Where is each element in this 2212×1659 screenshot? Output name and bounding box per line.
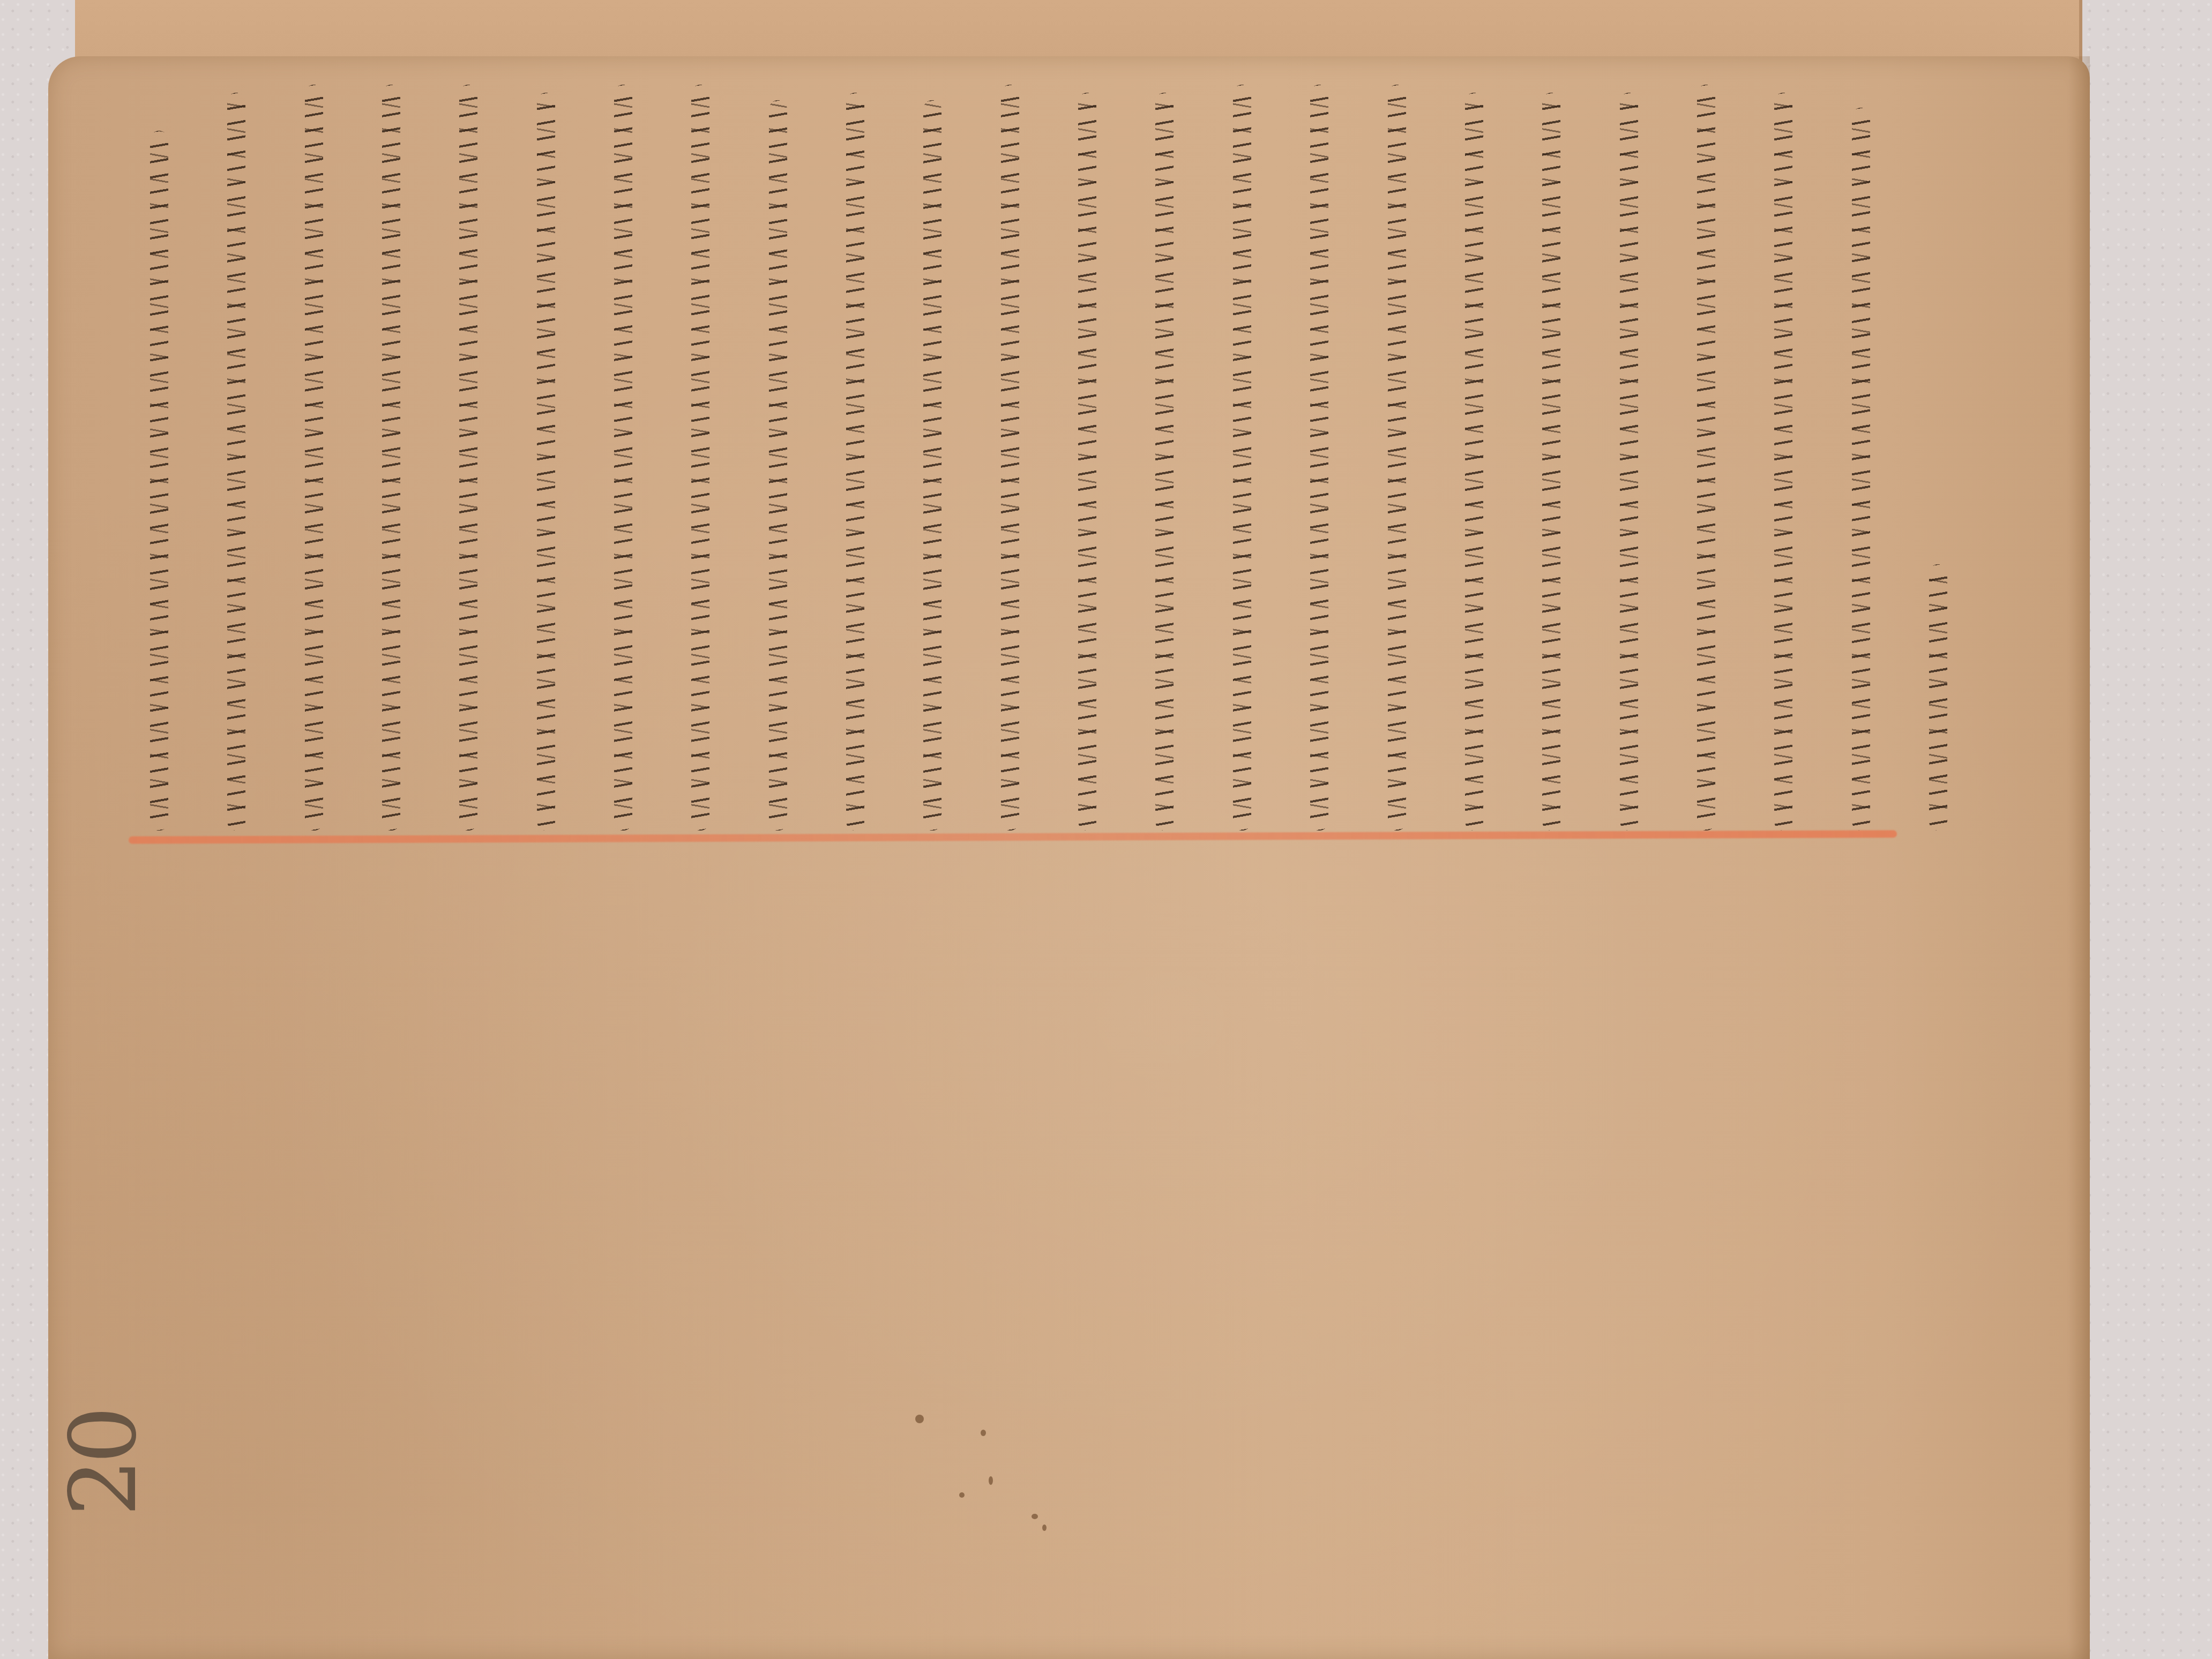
handwriting-strokes [227,93,245,831]
handwritten-line: [handwritten line 20 — illegible] [1606,70,1649,847]
handwriting-strokes [1388,85,1406,831]
handwritten-line: [handwritten line 6 — illegible] [524,70,566,847]
handwritten-line: [handwritten line 4 — illegible] [369,70,412,847]
handwritten-line-text: [handwritten line 21 — illegible] [1684,846,1684,847]
handwritten-line: [handwritten line 17 — illegible] [1374,70,1417,847]
ink-speck [915,1415,924,1423]
handwritten-line-text: [handwritten line 8 — illegible] [678,846,678,847]
handwritten-line-text: [handwritten line 9 — illegible] [756,846,756,847]
handwriting-strokes [769,100,787,831]
handwriting-strokes [459,85,477,831]
handwritten-line-text: [handwritten line 18 — illegible] [1452,846,1452,847]
handwritten-line: [handwritten line 2 — illegible] [214,70,257,847]
ink-speck [989,1476,993,1485]
handwritten-line-text: [handwritten line 17 — illegible] [1374,846,1375,847]
handwritten-line: [handwritten line 8 — illegible] [678,70,721,847]
handwritten-line-text: [handwritten line 14 — illegible] [1142,846,1142,847]
handwritten-line-text: [handwritten line 4 — illegible] [369,846,369,847]
handwriting-strokes [537,93,555,831]
handwritten-line: [handwritten line 14 — illegible] [1142,70,1185,847]
handwritten-line: [handwritten line 23 — illegible] [1839,70,1881,847]
handwritten-line: [handwritten line 13 — illegible] [1065,70,1108,847]
photo-scene: [handwritten line 1 — illegible][handwri… [0,0,2212,1659]
handwritten-line-text: [handwritten line 20 — illegible] [1606,846,1607,847]
handwritten-line: [handwritten line 21 — illegible] [1684,70,1727,847]
handwritten-line: [handwritten line 16 — illegible] [1297,70,1340,847]
handwritten-line-text: [handwritten line 5 — illegible] [446,846,446,847]
handwritten-line-text: [handwritten line 7 — illegible] [601,846,601,847]
handwritten-line: [handwritten line 1 — illegible] [137,70,180,847]
ink-speck [981,1430,986,1436]
handwritten-line-text: [handwritten line 13 — illegible] [1065,846,1065,847]
handwriting-strokes [1929,564,1947,831]
page-number: 20 [51,1411,157,1516]
handwritten-line: [handwritten line 11 — illegible] [910,70,953,847]
handwriting-strokes [382,85,400,831]
handwritten-line-text: [handwritten line 3 — illegible] [292,846,292,847]
handwritten-line-text: [handwritten line 24 — illegible, short] [1916,846,1916,847]
handwritten-line: [handwritten line 5 — illegible] [446,70,489,847]
handwritten-line-text: [handwritten line 12 — illegible] [988,846,988,847]
handwritten-line: [handwritten line 7 — illegible] [601,70,644,847]
handwritten-line-text: [handwritten line 22 — illegible] [1761,846,1761,847]
handwriting-strokes [305,85,323,831]
handwriting-strokes [1233,85,1251,831]
handwriting-strokes [1465,93,1483,831]
ink-speck [959,1492,965,1498]
handwriting-strokes [1310,85,1328,831]
handwriting-strokes [923,100,941,831]
handwritten-line: [handwritten line 15 — illegible] [1220,70,1262,847]
handwriting-strokes [614,85,632,831]
handwritten-line-text: [handwritten line 2 — illegible] [214,846,214,847]
handwriting-strokes [846,93,864,831]
handwriting-strokes [1774,93,1792,831]
handwriting-strokes [1620,93,1638,831]
handwritten-line-text: [handwritten line 11 — illegible] [910,846,910,847]
handwritten-text-block: [handwritten line 1 — illegible][handwri… [137,70,1959,847]
handwriting-strokes [1078,93,1096,831]
handwritten-line: [handwritten line 24 — illegible, short] [1916,70,1959,847]
handwritten-line-text: [handwritten line 15 — illegible] [1220,846,1220,847]
handwritten-line-text: [handwritten line 23 — illegible] [1839,846,1839,847]
handwritten-line: [handwritten line 12 — illegible] [988,70,1030,847]
handwriting-strokes [691,85,709,831]
page-edge-shadow [2068,56,2090,1659]
handwriting-strokes [1542,93,1560,831]
ink-speck [1042,1525,1047,1531]
handwriting-strokes [1852,108,1870,831]
handwritten-line: [handwritten line 3 — illegible] [292,70,334,847]
handwritten-line-text: [handwritten line 1 — illegible] [137,846,137,847]
handwritten-line-text: [handwritten line 10 — illegible] [833,846,833,847]
handwriting-strokes [1001,85,1019,831]
handwriting-strokes [1155,93,1174,831]
handwritten-line: [handwritten line 10 — illegible] [833,70,876,847]
handwritten-line: [handwritten line 18 — illegible] [1452,70,1494,847]
handwritten-line-text: [handwritten line 16 — illegible] [1297,846,1297,847]
handwritten-line-text: [handwritten line 6 — illegible] [524,846,524,847]
handwritten-line: [handwritten line 19 — illegible] [1529,70,1572,847]
handwriting-strokes [1697,85,1715,831]
handwriting-strokes [150,131,168,831]
handwritten-line: [handwritten line 22 — illegible] [1761,70,1804,847]
ink-speck [1032,1514,1038,1519]
handwritten-line-text: [handwritten line 19 — illegible] [1529,846,1529,847]
handwritten-line: [handwritten line 9 — illegible] [756,70,798,847]
